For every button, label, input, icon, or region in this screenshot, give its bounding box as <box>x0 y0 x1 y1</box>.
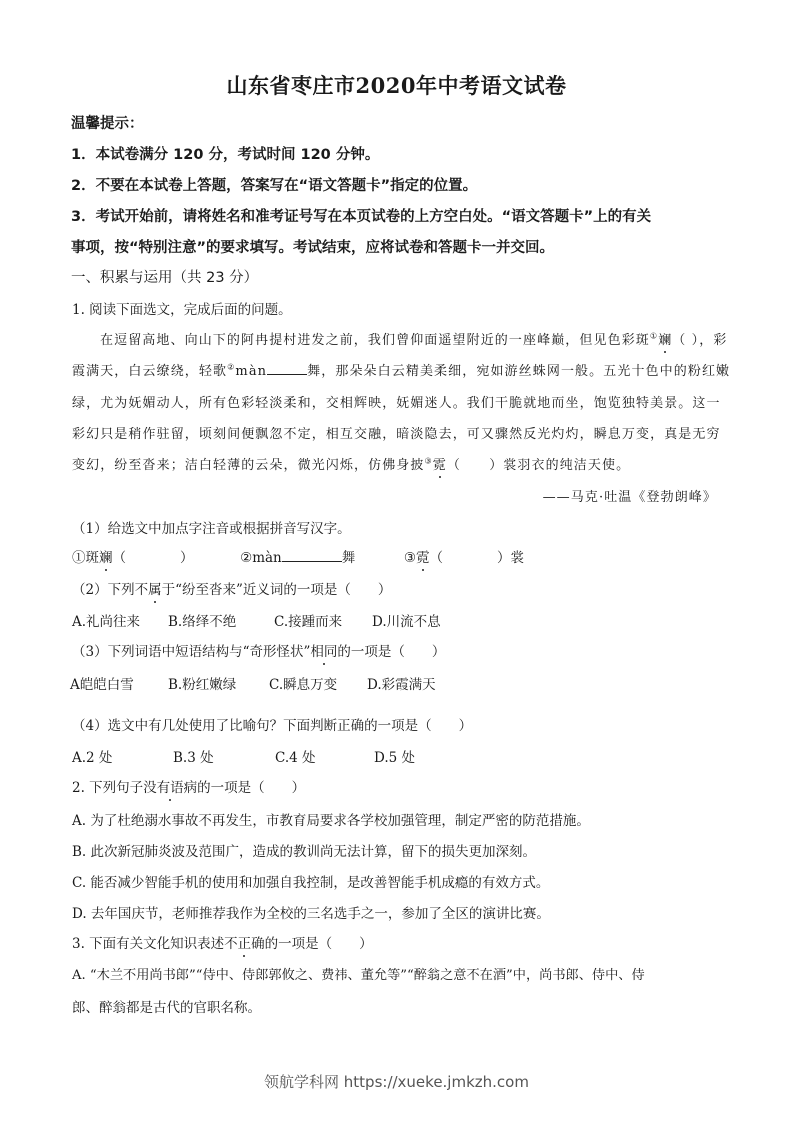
q1-sub1-items: ①斑斓（ ） ②màn舞 ③霓（ ）裳 <box>72 546 524 566</box>
option-c[interactable]: C.瞬息万变 <box>269 673 367 693</box>
answer-blank[interactable] <box>282 547 342 562</box>
option-d[interactable]: D.彩霞满天 <box>367 673 436 693</box>
emphasis-text: 不属于 <box>135 578 176 598</box>
passage-line-2: 霞满天，白云缭绕，轻歌②màn舞，那朵朵白云精美柔细，宛如游丝蛛网一般。五光十色… <box>72 360 730 379</box>
passage-text: （ ），彩 <box>672 333 727 348</box>
q1-sub4-options: A.2 处B.3 处C.4 处D.5 处 <box>72 746 415 766</box>
q1-sub3-options: A皑皑白雪B.粉红嫩绿C.瞬息万变D.彩霞满天 <box>70 673 436 693</box>
q1-sub4-stem: （4）选文中有几处使用了比喻句？下面判断正确的一项是（ ） <box>72 714 472 734</box>
option-b[interactable]: B.络绎不绝 <box>168 610 274 630</box>
q1-sub2-options: A.礼尚往来B.络绎不绝C.接踵而来D.川流不息 <box>72 610 441 630</box>
section-heading: 一、积累与运用（共 23 分） <box>71 266 258 287</box>
q1-stem: 1. 阅读下面选文，完成后面的问题。 <box>72 298 292 318</box>
q1-sub3-stem: （3）下列词语中短语结构与“奇形怪状”相同的一项是（ ） <box>72 640 445 660</box>
answer-paren[interactable]: （ ）裳 <box>429 550 524 566</box>
option-a[interactable]: A.2 处 <box>72 746 173 766</box>
passage-text: （ ）裳羽衣的纯洁天使。 <box>447 458 630 473</box>
page-title: 山东省枣庄市2020年中考语文试卷 <box>0 70 793 100</box>
pinyin: màn <box>235 364 267 379</box>
q3-option-a[interactable]: A. “木兰不用尚书郎”“侍中、侍郎郭攸之、费祎、董允等”“醉翁之意不在酒”中，… <box>72 964 645 983</box>
q2-option-a[interactable]: A. 为了杜绝溺水事故不再发生，市教育局要求各学校加强管理，制定严密的防范措施。 <box>72 809 590 829</box>
passage-source: ——马克·吐温《登勃朗峰》 <box>543 486 717 505</box>
dotted-char: 斓 <box>658 329 672 348</box>
tip-item-3: 3．考试开始前，请将姓名和准考证号写在本页试卷的上方空白处。“语文答题卡”上的有… <box>71 205 651 226</box>
footnote-marker: ③ <box>425 457 433 466</box>
option-c[interactable]: C.接踵而来 <box>274 610 372 630</box>
q2-option-c[interactable]: C. 能否减少智能手机的使用和加强自我控制，是改善智能手机成瘾的有效方式。 <box>72 871 549 891</box>
q2-option-d[interactable]: D. 去年国庆节，老师推荐我作为全校的三名选手之一，参加了全区的演讲比赛。 <box>72 902 550 922</box>
emphasis-text: 相同 <box>310 640 337 660</box>
item-2: ②màn舞 <box>240 550 355 566</box>
passage-line-5: 变幻，纷至沓来；洁白轻薄的云朵，微光闪烁，仿佛身披③霓（ ）裳羽衣的纯洁天使。 <box>72 454 630 473</box>
q1-sub1-stem: （1）给选文中加点字注音或根据拼音写汉字。 <box>72 517 351 537</box>
dotted-char: 斓 <box>99 546 113 566</box>
emphasis-text: 没有语病 <box>143 776 197 796</box>
answer-paren[interactable]: （ ） <box>113 550 194 566</box>
q2-option-b[interactable]: B. 此次新冠肺炎波及范围广，造成的教训尚无法计算，留下的损失更加深刻。 <box>72 840 536 860</box>
tip-item-2: 2．不要在本试卷上答题，答案写在“语文答题卡”指定的位置。 <box>71 174 477 195</box>
option-c[interactable]: C.4 处 <box>275 746 374 766</box>
item-3: ③霓（ ）裳 <box>404 550 524 566</box>
option-d[interactable]: D.5 处 <box>374 746 415 766</box>
q3-stem: 3. 下面有关文化知识表述不正确的一项是（ ） <box>72 932 373 952</box>
emphasis-text: 不正确 <box>224 932 265 952</box>
passage-text: 在逗留高地、向山下的阿冉提村进发之前，我们曾仰面遥望附近的一座峰巅，但见色彩斑 <box>100 333 650 348</box>
option-a[interactable]: A皑皑白雪 <box>70 673 168 693</box>
item-1: ①斑斓（ ） <box>72 550 194 566</box>
q2-stem: 2. 下列句子没有语病的一项是（ ） <box>72 776 305 796</box>
footer-watermark: 领航学科网 https://xueke.jmkzh.com <box>0 1071 793 1092</box>
passage-text: 舞，那朵朵白云精美柔细，宛如游丝蛛网一般。五光十色中的粉红嫩 <box>307 364 730 379</box>
passage-text: 霞满天，白云缭绕，轻歌 <box>72 364 227 379</box>
passage-text: 变幻，纷至沓来；洁白轻薄的云朵，微光闪烁，仿佛身披 <box>72 458 425 473</box>
passage-line-1: 在逗留高地、向山下的阿冉提村进发之前，我们曾仰面遥望附近的一座峰巅，但见色彩斑①… <box>100 329 727 348</box>
option-b[interactable]: B.粉红嫩绿 <box>168 673 269 693</box>
answer-blank[interactable] <box>267 360 307 375</box>
footnote-marker: ① <box>650 332 658 341</box>
q3-option-a-cont: 郎、醉翁都是古代的官职名称。 <box>72 996 261 1016</box>
option-a[interactable]: A.礼尚往来 <box>72 610 168 630</box>
tips-heading: 温馨提示： <box>71 112 144 133</box>
tip-item-1: 1．本试卷满分 120 分，考试时间 120 分钟。 <box>71 143 379 164</box>
tip-item-3-cont: 事项，按“特别注意”的要求填写。考试结束，应将试卷和答题卡一并交回。 <box>71 236 554 257</box>
passage-line-4: 彩幻只是稍作驻留，顷刻间便飘忽不定，相互交融，暗淡隐去，可又骤然反光灼灼，瞬息万… <box>72 423 721 442</box>
passage-line-3: 绿，尤为妩媚动人，所有色彩轻淡柔和，交相辉映，妩媚迷人。我们干脆就地而坐，饱览独… <box>72 392 721 411</box>
q1-sub2-stem: （2）下列不属于“纷至沓来”近义词的一项是（ ） <box>72 578 391 598</box>
option-d[interactable]: D.川流不息 <box>372 610 441 630</box>
dotted-char: 霓 <box>416 546 430 566</box>
option-b[interactable]: B.3 处 <box>173 746 275 766</box>
exam-page: 山东省枣庄市2020年中考语文试卷 温馨提示： 1．本试卷满分 120 分，考试… <box>0 0 793 1122</box>
dotted-char: 霓 <box>433 454 447 473</box>
